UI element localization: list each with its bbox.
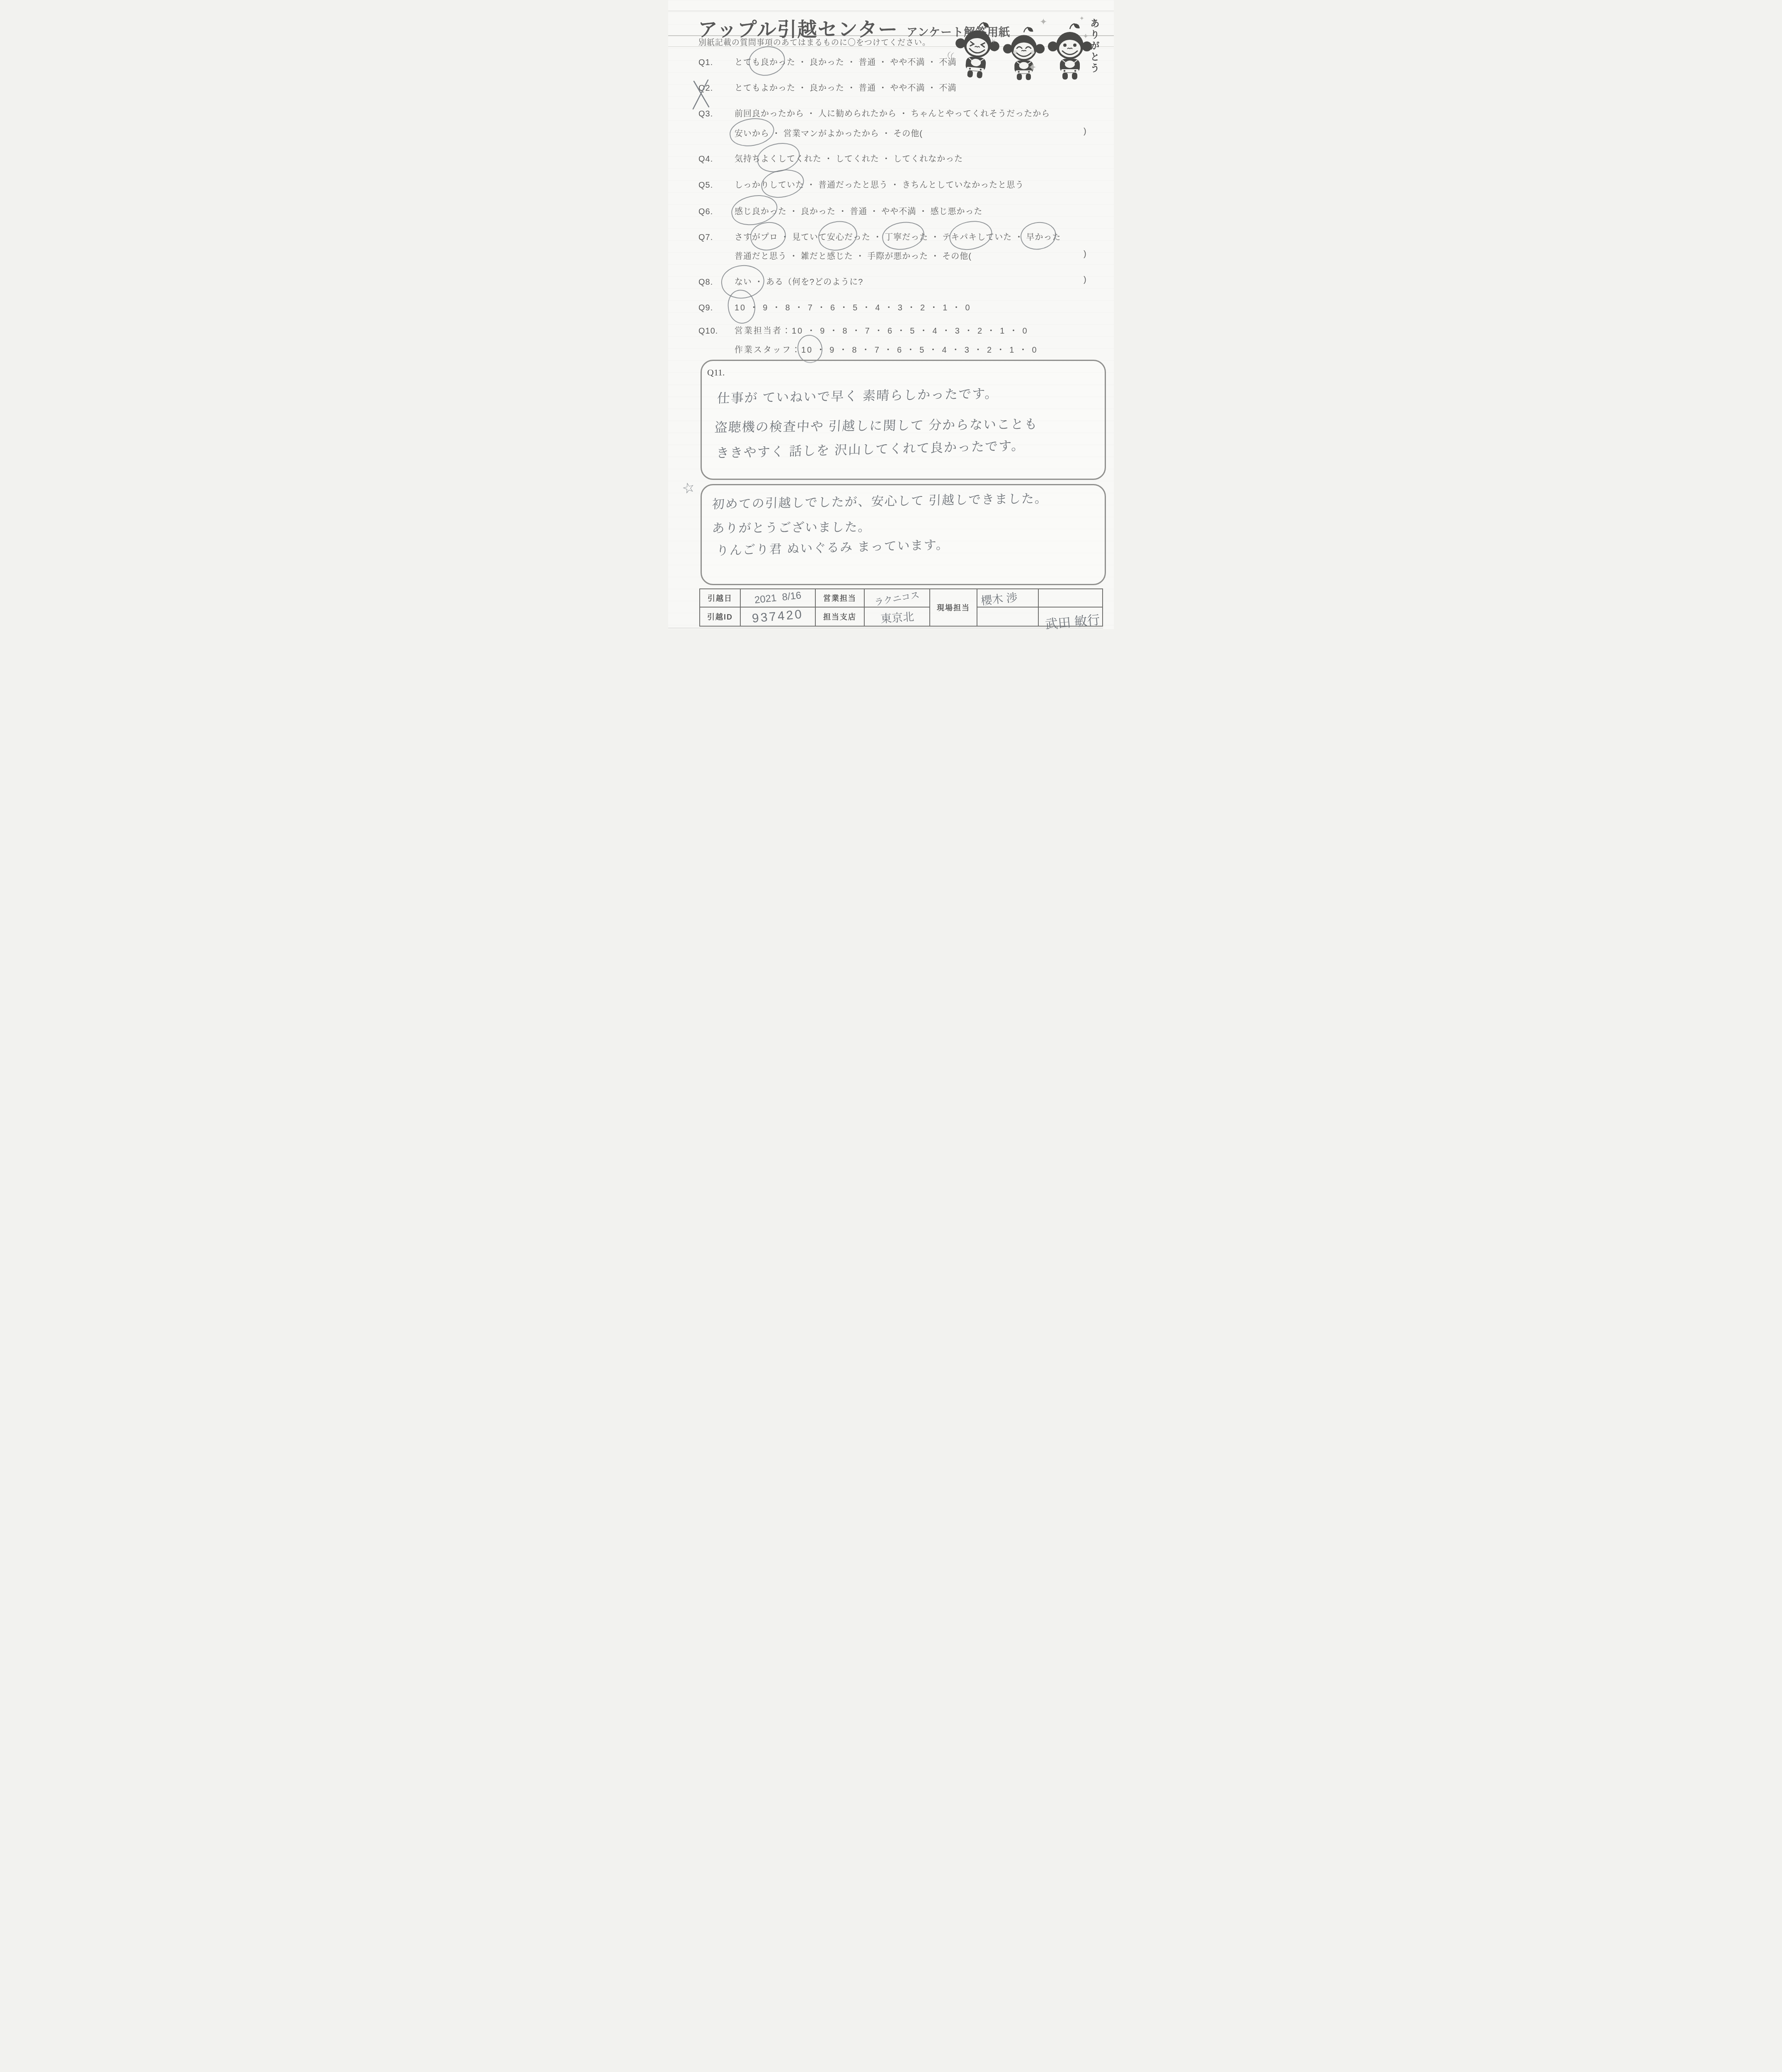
question-options: 営業担当者：10 ・ 9 ・ 8 ・ 7 ・ 6 ・ 5 ・ 4 ・ 3 ・ 2…: [735, 327, 1028, 336]
sparkle-icon: ✦: [1040, 17, 1047, 27]
sales-value: ラクニコス: [873, 588, 920, 608]
answer-circle-q7-hayakatta: [1018, 219, 1058, 252]
cell-sales-value: ラクニコス: [864, 589, 929, 608]
thanks-vertical-text: ありがとう: [1088, 18, 1101, 85]
q11-label: Q11.: [707, 367, 725, 378]
cell-field-value: 櫻木 渉: [977, 589, 1038, 608]
question-options: 前回良かったから ・ 人に勧められたから ・ ちゃんとやってくれそうだったから: [735, 109, 1050, 119]
q11-handwritten-line: 盗聴機の検査中や 引越しに関して 分からないことも: [714, 414, 1039, 436]
footer-table: 引越日 引越ID 2021 8/16 937420 営業担当 担当支店 ラクニコ…: [699, 588, 1103, 627]
question-options: 10 ・ 9 ・ 8 ・ 7 ・ 6 ・ 5 ・ 4 ・ 3 ・ 2 ・ 1 ・…: [735, 303, 971, 312]
answer-circle-q3: [727, 115, 776, 150]
scan-edge-line: [668, 628, 1103, 628]
cell-empty: [977, 608, 1038, 626]
question-q5: Q5.しっかりしていた ・ 普通だったと思う ・ きちんとしていなかったと思う: [698, 178, 1024, 190]
blushing-monkey-icon: [1002, 25, 1045, 82]
sales-label: 営業担当: [823, 593, 856, 603]
move-date-label: 引越日: [708, 593, 732, 603]
sparkle-icon: ✦: [1079, 15, 1084, 22]
cell-empty: [1038, 589, 1102, 608]
crew-signature: 武田 敏行: [1045, 609, 1101, 629]
wide-eyed-monkey-icon: [1047, 22, 1093, 81]
move-date-value: 2021 8/16: [754, 590, 802, 606]
cell-move-date-label: 引越日: [700, 589, 740, 608]
cell-branch-label: 担当支店: [815, 608, 864, 626]
cell-move-id-label: 引越ID: [700, 608, 740, 626]
laughing-monkey-icon: [952, 18, 1002, 81]
answer-circle-q7-teinei: [880, 219, 926, 253]
close-paren: ): [1084, 275, 1086, 285]
answer-circle-q7-anshin: [816, 218, 860, 254]
question-q4: Q4.気持ちよくしてくれた ・ してくれた ・ してくれなかった: [698, 152, 963, 164]
cell-branch-value: 東京北: [864, 608, 929, 626]
question-q10: Q10.営業担当者：10 ・ 9 ・ 8 ・ 7 ・ 6 ・ 5 ・ 4 ・ 3…: [698, 324, 1028, 336]
question-label: Q4.: [698, 155, 735, 164]
question-label: Q5.: [698, 181, 735, 190]
move-id-label: 引越ID: [707, 611, 733, 622]
question-q3: Q3.前回良かったから ・ 人に勧められたから ・ ちゃんとやってくれそうだった…: [698, 107, 1050, 119]
branch-value: 東京北: [880, 608, 914, 626]
question-options: 普通だと思う ・ 雑だと感じた ・ 手際が悪かった ・ その他(: [735, 252, 972, 261]
question-label: Q10.: [698, 327, 735, 336]
comment-handwritten-line: ありがとうございました。: [712, 517, 872, 536]
question-q2: Q2.とてもよかった ・ 良かった ・ 普通 ・ やや不満 ・ 不満: [698, 81, 956, 93]
field-label: 現場担当: [937, 602, 970, 613]
field-value: 櫻木 渉: [980, 588, 1018, 608]
branch-label: 担当支店: [823, 611, 856, 622]
cell-move-date-value: 2021 8/16: [740, 589, 815, 608]
cell-field-label: 現場担当: [929, 589, 977, 626]
question-q10-line2: 作業スタッフ：10 ・ 9 ・ 8 ・ 7 ・ 6 ・ 5 ・ 4 ・ 3 ・ …: [698, 343, 1038, 355]
answer-circle-q7-tekipaki: [947, 217, 995, 254]
move-id-value: 937420: [752, 608, 804, 626]
cell-move-id-value: 937420: [740, 608, 815, 626]
question-options: とてもよかった ・ 良かった ・ 普通 ・ やや不満 ・ 不満: [735, 84, 956, 93]
close-paren: ): [1084, 127, 1086, 136]
question-label: Q7.: [698, 233, 735, 242]
cell-signature: 武田 敏行: [1038, 608, 1102, 626]
question-q7-line2: 普通だと思う ・ 雑だと感じた ・ 手際が悪かった ・ その他(: [698, 249, 972, 261]
question-label: Q3.: [698, 109, 735, 119]
star-doodle-icon: ☆: [680, 479, 697, 498]
close-paren: ): [1084, 249, 1086, 259]
cell-sales-label: 営業担当: [815, 589, 864, 608]
answer-circle-q1: [746, 42, 788, 79]
q2-cross-mark: [691, 79, 711, 110]
divider-top: [668, 11, 1114, 11]
question-label: Q1.: [698, 58, 735, 68]
question-q1: Q1.とても良かった ・ 良かった ・ 普通 ・ やや不満 ・ 不満: [698, 56, 956, 68]
survey-answer-sheet: アップル引越センターアンケート解答用紙 別紙記載の質問事項のあてはまるものに〇を…: [668, 0, 1114, 629]
sparkle-icon: ✦: [1028, 61, 1037, 74]
question-label: Q6.: [698, 207, 735, 217]
instruction-text: 別紙記載の質問事項のあてはまるものに〇をつけてください。: [698, 36, 931, 48]
question-options: 作業スタッフ：10 ・ 9 ・ 8 ・ 7 ・ 6 ・ 5 ・ 4 ・ 3 ・ …: [735, 346, 1038, 355]
